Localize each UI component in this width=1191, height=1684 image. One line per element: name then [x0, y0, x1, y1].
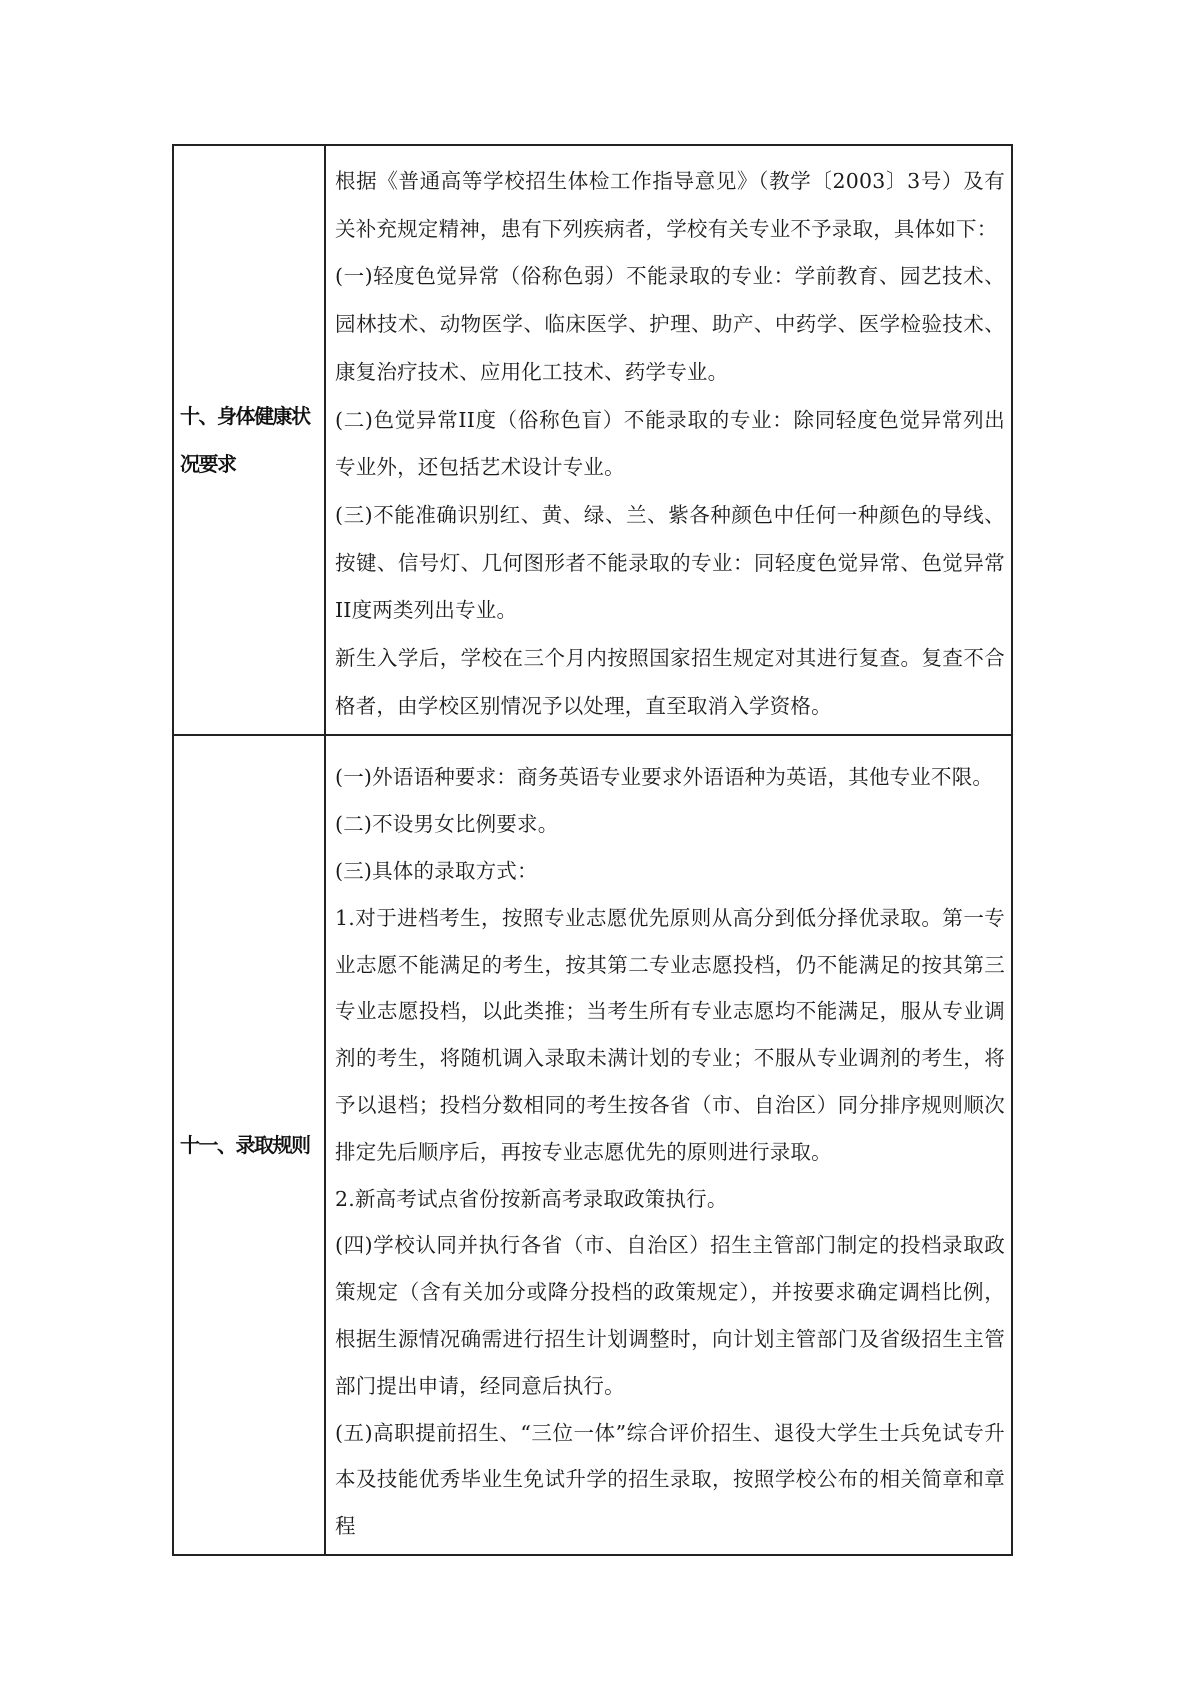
paragraph-special-admissions: (五)高职提前招生、“三位一体”综合评价招生、退役大学生士兵免试专升本及技能优秀… [335, 1410, 1005, 1550]
admission-rules-table: 十、身体健康状 况要求 根据《普通高等学校招生体检工作指导意见》（教学〔2003… [172, 144, 1013, 1556]
paragraph-admission-method-1: 1.对于进档考生，按照专业志愿优先原则从高分到低分择优录取。第一专业志愿不能满足… [335, 895, 1005, 1176]
row-label-line: 十、身体健康状 [180, 392, 324, 440]
row-content-admission-rules: (一)外语语种要求：商务英语专业要求外语语种为英语，其他专业不限。 (二)不设男… [325, 735, 1012, 1555]
row-label-line: 十一、录取规则 [180, 1121, 324, 1169]
paragraph-provincial-policy: (四)学校认同并执行各省（市、自治区）招生主管部门制定的投档录取政策规定（含有关… [335, 1222, 1005, 1409]
row-content-health-requirements: 根据《普通高等学校招生体检工作指导意见》（教学〔2003〕3号）及有关补充规定精… [325, 145, 1012, 735]
paragraph-admission-method-heading: (三)具体的录取方式： [335, 848, 1005, 895]
paragraph-admission-method-2: 2.新高考试点省份按新高考录取政策执行。 [335, 1176, 1005, 1223]
table-row-admission-rules: 十一、录取规则 (一)外语语种要求：商务英语专业要求外语语种为英语，其他专业不限… [173, 735, 1012, 1555]
table-row-health-requirements: 十、身体健康状 况要求 根据《普通高等学校招生体检工作指导意见》（教学〔2003… [173, 145, 1012, 735]
row-label-admission-rules: 十一、录取规则 [173, 735, 325, 1555]
paragraph-recheck: 新生入学后，学校在三个月内按照国家招生规定对其进行复查。复查不合格者，由学校区别… [335, 635, 1005, 730]
row-label-health-requirements: 十、身体健康状 况要求 [173, 145, 325, 735]
paragraph-color-recognition: (三)不能准确识别红、黄、绿、兰、紫各种颜色中任何一种颜色的导线、按键、信号灯、… [335, 492, 1005, 635]
paragraph-color-blindness: (二)色觉异常II度（俗称色盲）不能录取的专业：除同轻度色觉异常列出专业外，还包… [335, 397, 1005, 492]
paragraph-foreign-language: (一)外语语种要求：商务英语专业要求外语语种为英语，其他专业不限。 [335, 754, 1005, 801]
paragraph-gender-ratio: (二)不设男女比例要求。 [335, 801, 1005, 848]
paragraph-color-weakness: (一)轻度色觉异常（俗称色弱）不能录取的专业：学前教育、园艺技术、园林技术、动物… [335, 253, 1005, 396]
paragraph-intro: 根据《普通高等学校招生体检工作指导意见》（教学〔2003〕3号）及有关补充规定精… [335, 158, 1005, 253]
row-label-line: 况要求 [180, 440, 324, 488]
